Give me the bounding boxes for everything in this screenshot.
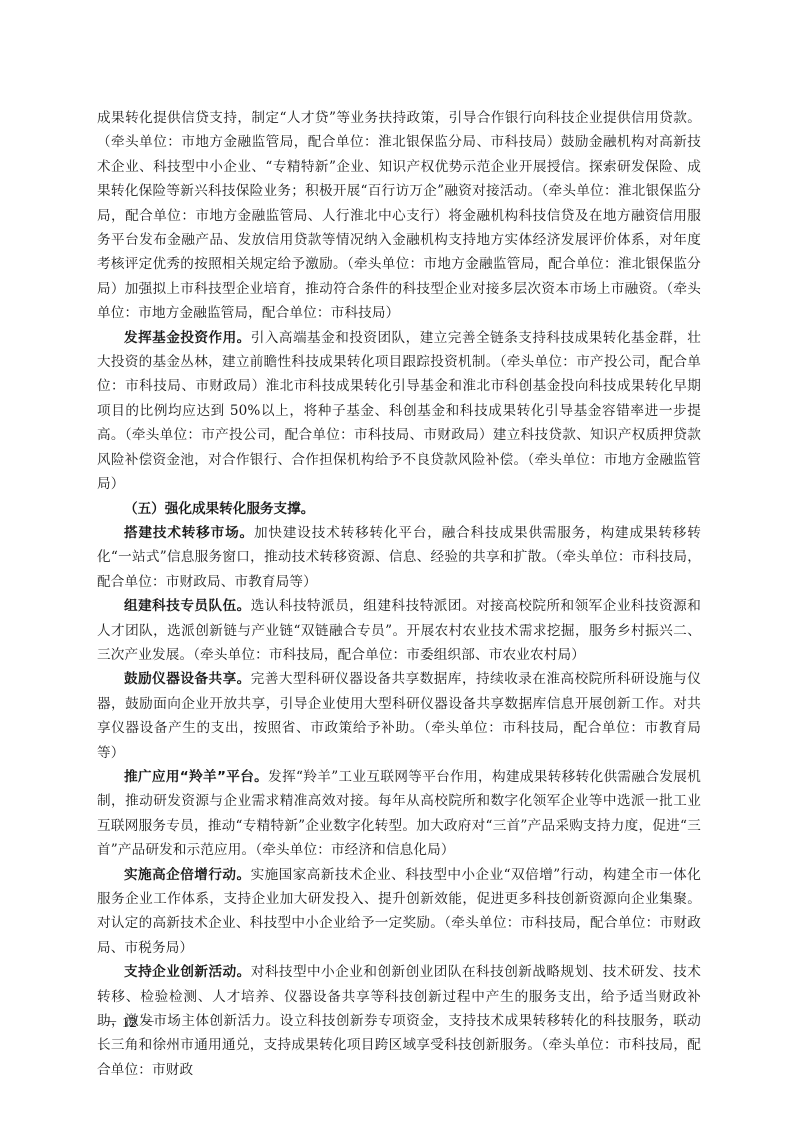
section-heading: （五）强化成果转化服务支撑。	[97, 497, 701, 521]
paragraph-enterprise-innovation: 支持企业创新活动。对科技型中小企业和创新创业团队在科技创新战略规划、技术研发、技…	[97, 960, 701, 1082]
paragraph-lead: 推广应用“羚羊”平台。	[124, 769, 268, 785]
paragraph-equipment-sharing: 鼓励仪器设备共享。完善大型科研仪器设备共享数据库，持续收录在淮高校院所科研设施与…	[97, 667, 701, 765]
paragraph-lingyang-platform: 推广应用“羚羊”平台。发挥“羚羊”工业互联网等平台作用，构建成果转移转化供需融合…	[97, 765, 701, 863]
paragraph-lead: 鼓励仪器设备共享。	[124, 671, 251, 687]
paragraph-text: 成果转化提供信贷支持，制定“人才贷”等业务扶持政策，引导合作银行向科技企业提供信…	[97, 110, 701, 321]
paragraph-continuation: 成果转化提供信贷支持，制定“人才贷”等业务扶持政策，引导合作银行向科技企业提供信…	[97, 106, 701, 326]
paragraph-fund-investment: 发挥基金投资作用。引入高端基金和投资团队，建立完善全链条支持科技成果转化基金群，…	[97, 326, 701, 497]
paragraph-tech-commissioner: 组建科技专员队伍。选认科技特派员，组建科技特派团。对接高校院所和领军企业科技资源…	[97, 594, 701, 667]
paragraph-lead: 搭建技术转移市场。	[124, 525, 254, 541]
paragraph-high-tech-doubling: 实施高企倍增行动。实施国家高新技术企业、科技型中小企业“双倍增”行动，构建全市一…	[97, 863, 701, 961]
paragraph-text: 对科技型中小企业和创新创业团队在科技创新战略规划、技术研发、技术转移、检验检测、…	[97, 964, 701, 1078]
paragraph-lead: 发挥基金投资作用。	[124, 330, 251, 346]
paragraph-tech-transfer-market: 搭建技术转移市场。加快建设技术转移转化平台，融合科技成果供需服务，构建成果转移转…	[97, 521, 701, 594]
document-page: 成果转化提供信贷支持，制定“人才贷”等业务扶持政策，引导合作银行向科技企业提供信…	[97, 106, 701, 1082]
page-number: － 12 －	[103, 1011, 156, 1032]
paragraph-lead: 支持企业创新活动。	[124, 964, 251, 980]
paragraph-lead: 组建科技专员队伍。	[124, 598, 251, 614]
paragraph-text: 引入高端基金和投资团队，建立完善全链条支持科技成果转化基金群，壮大投资的基金丛林…	[97, 330, 701, 492]
paragraph-lead: 实施高企倍增行动。	[124, 867, 251, 883]
